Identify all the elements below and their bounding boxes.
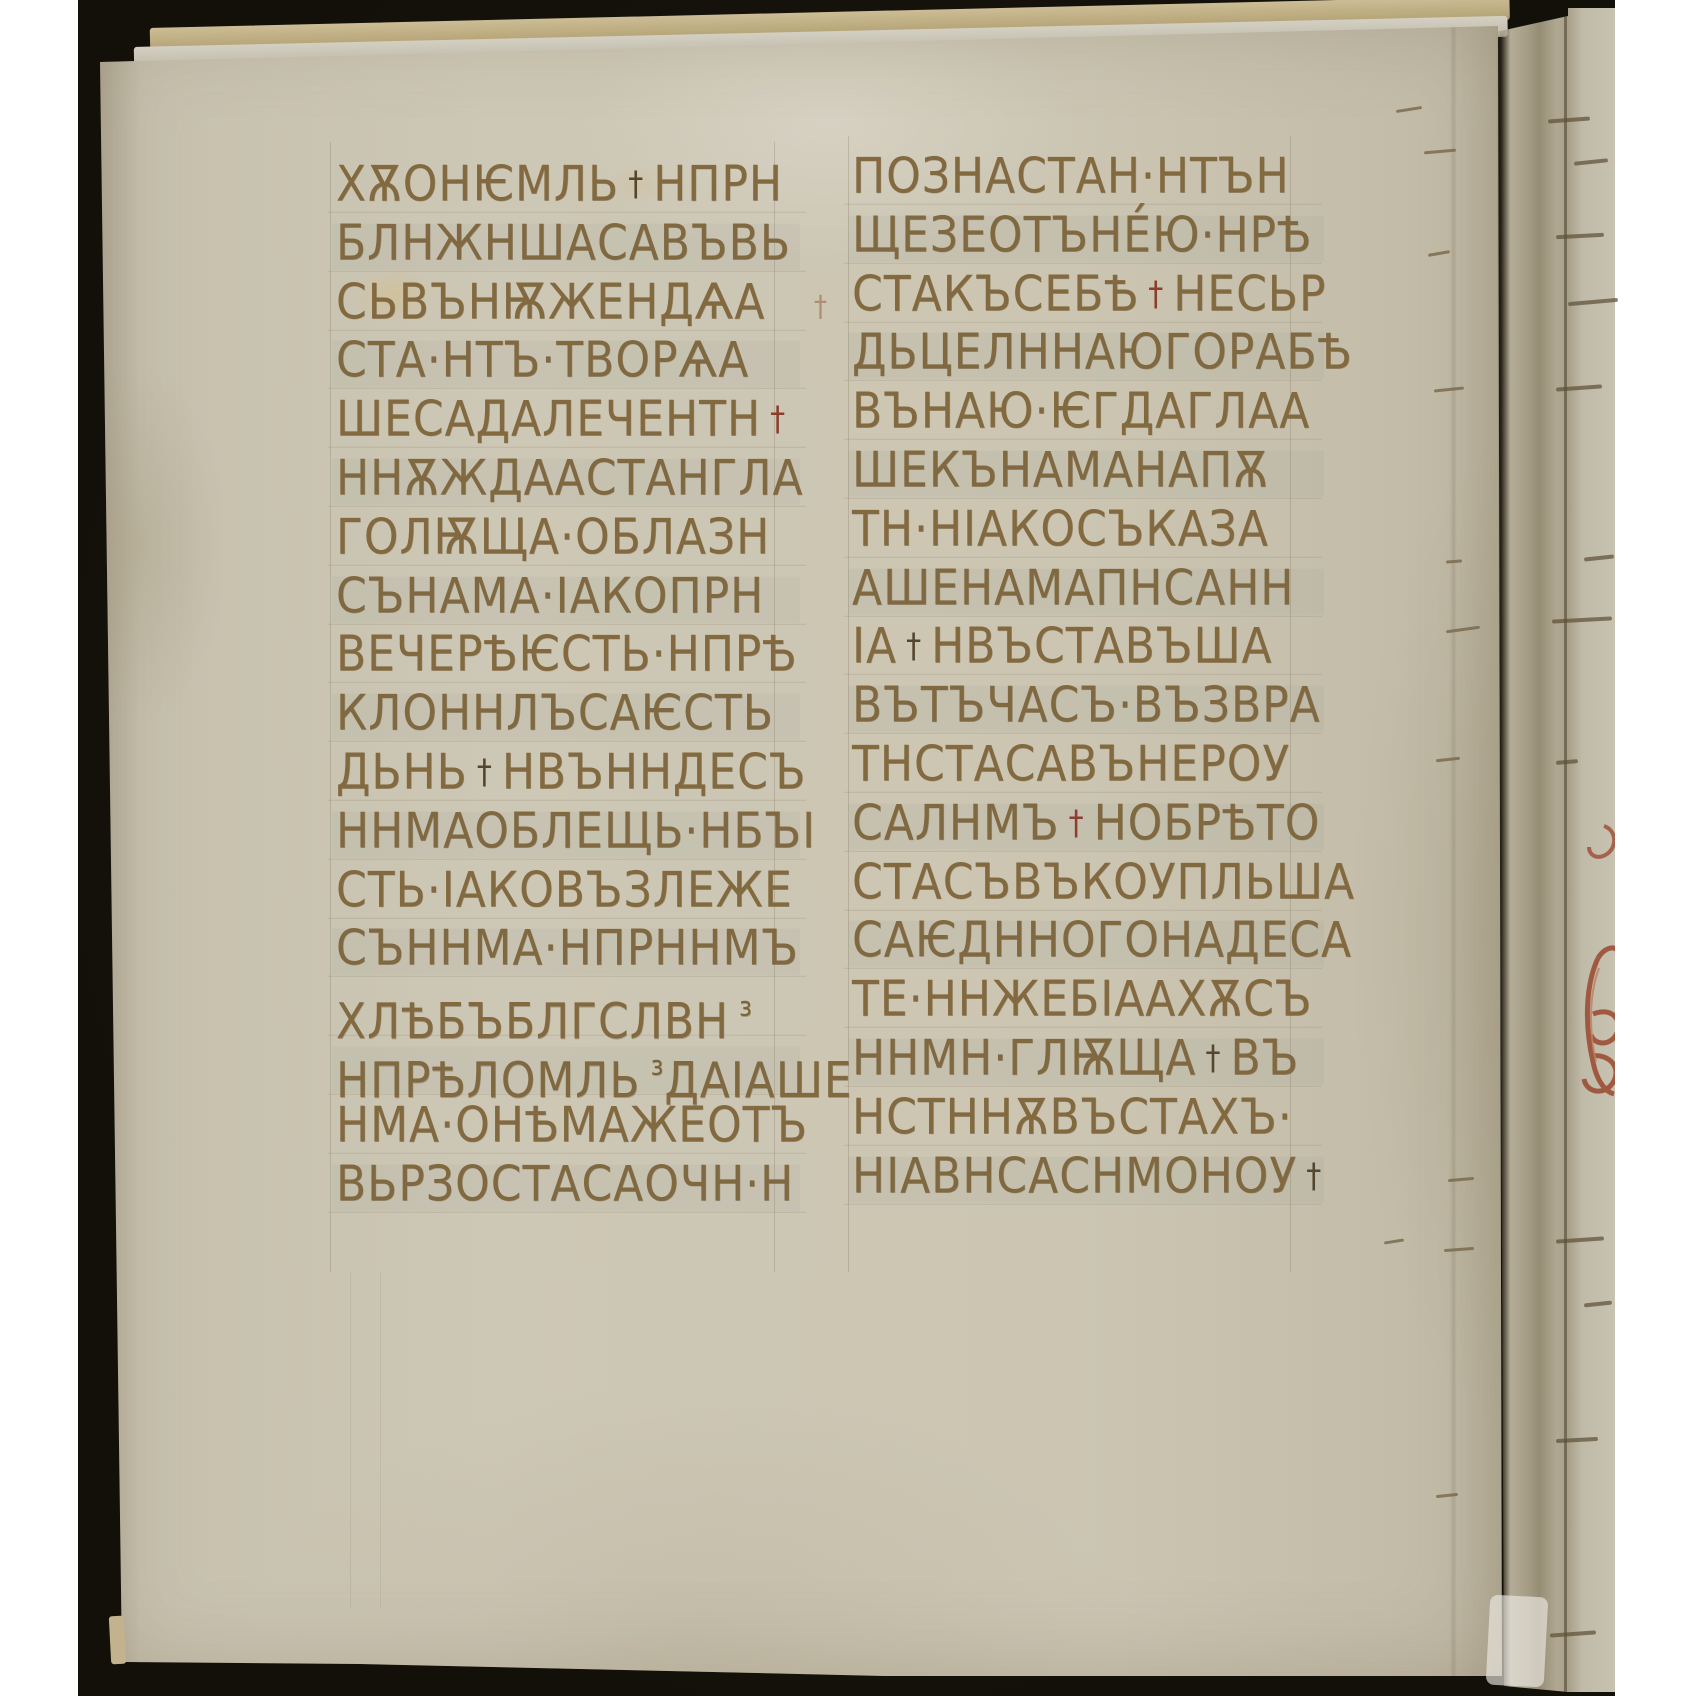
text-segment: НВЪННДЕСЪ bbox=[502, 744, 807, 801]
ornament-fragment-small bbox=[1589, 826, 1614, 857]
text-segment: ВЪНАЮ·ѤГДАГЛАА bbox=[852, 383, 1310, 440]
text-line: НМА·ОНѢМАЖЕОТЪ bbox=[336, 1099, 788, 1165]
scan-margin-right bbox=[1615, 0, 1696, 1696]
text-segment: ШЕСАДАЛЕЧЕНТН bbox=[336, 391, 761, 448]
text-segment: СТАКЪСЕБѢ bbox=[852, 265, 1139, 322]
text-line: ХЛѢБЪБЛГСЛВНз bbox=[336, 981, 788, 1047]
text-segment: СЪНАМА·ІАКОПРН bbox=[336, 567, 764, 624]
text-segment: ГОЛѬЩА·ОБЛАЗН bbox=[336, 509, 770, 566]
text-column-right: ПОЗНАСТАН·НТЪНЩЕЗЕОТЪНЕ́Ю·НРѢ†СТАКЪСЕБѢ†… bbox=[852, 150, 1312, 1208]
text-segment: ДЬНЬ bbox=[336, 744, 468, 801]
text-segment: ІА bbox=[852, 618, 897, 675]
text-segment: СТАСЪВЪКОУПЛЬША bbox=[852, 853, 1355, 910]
text-segment: СТА·НТЪ·ТВОРѦА bbox=[336, 332, 749, 389]
cross-glyph: † bbox=[814, 281, 828, 334]
column-guide bbox=[380, 1272, 381, 1608]
scan-margin-left bbox=[0, 0, 78, 1696]
text-segment: СЪННМА·НПРННМЪ bbox=[336, 920, 799, 977]
text-segment: ЩЕЗЕОТЪНЕ́Ю·НРѢ bbox=[852, 207, 1312, 264]
column-guide bbox=[330, 142, 331, 1272]
text-segment: ВЪТЪЧАСЪ·ВЪЗВРА bbox=[852, 677, 1321, 734]
text-line: ННМАОБЛЕЩЬ·НБЪІ bbox=[336, 805, 788, 871]
text-segment: ТНСТАСАВЪНЕРОУ bbox=[852, 736, 1290, 793]
text-segment: САЛНМЪ bbox=[852, 795, 1060, 852]
page-corner-tab bbox=[109, 1616, 126, 1665]
text-segment: КЛОННЛЪСАѤСТЬ bbox=[336, 685, 774, 742]
text-line: ГОЛѬЩА·ОБЛАЗН bbox=[336, 511, 788, 577]
text-segment: ВЪ bbox=[1231, 1030, 1300, 1087]
text-segment: НІАВНСАСНМОНОУ bbox=[852, 1147, 1297, 1204]
text-segment: СТЬ·ІАКОВЪЗЛЕЖЕ bbox=[336, 861, 793, 918]
text-segment: ШЕКЪНАМАНАПѪ bbox=[852, 442, 1269, 499]
repair-patch bbox=[1486, 1595, 1549, 1688]
text-line: НІАВНСАСНМОНОУ† bbox=[852, 1150, 1312, 1216]
superscript-letter: з bbox=[729, 991, 753, 1022]
text-segment: НЕСЬР bbox=[1173, 265, 1326, 322]
ornament-initial-large bbox=[1584, 948, 1615, 1094]
text-segment: НОБРѢТО bbox=[1094, 795, 1321, 852]
text-line: ТН·НІАКОСЪКАЗА bbox=[852, 503, 1312, 569]
text-segment: ПОЗНАСТАН·НТЪН bbox=[852, 148, 1290, 205]
cross-glyph: † bbox=[1297, 1156, 1331, 1195]
text-segment: ВЕЧЕРѢѤСТЬ·НПРѢ bbox=[336, 626, 797, 683]
text-segment: ННѪЖДААСТАНГЛА bbox=[336, 450, 804, 507]
column-guide bbox=[350, 1272, 351, 1608]
text-line: ВЬРЗОСТАСАОЧН·Н bbox=[336, 1158, 788, 1224]
cross-glyph: † bbox=[761, 400, 795, 439]
cross-glyph: † bbox=[1060, 803, 1094, 842]
text-segment: АШЕНАМАПНСАНН bbox=[852, 559, 1294, 616]
text-segment: НСТННѪВЪСТАХЪ· bbox=[852, 1089, 1293, 1146]
superscript-letter: з bbox=[641, 1050, 665, 1081]
text-segment: НВЪСТАВЪША bbox=[931, 618, 1273, 675]
text-segment: ДЬЦЕЛННАЮГОРАБѢ bbox=[852, 324, 1353, 381]
text-segment: ВЬРЗОСТАСАОЧН·Н bbox=[336, 1155, 794, 1212]
text-segment: ННМН·ГЛѬЩА bbox=[852, 1030, 1197, 1087]
text-segment: НПРН bbox=[653, 156, 783, 213]
text-segment: ТЕ·ННЖЕБІААХѪСЪ bbox=[852, 971, 1313, 1028]
cross-glyph: † bbox=[1139, 274, 1173, 313]
text-segment: ННМАОБЛЕЩЬ·НБЪІ bbox=[336, 803, 816, 860]
text-segment: СЬВЪНѬЖЕНДѦА bbox=[336, 273, 765, 330]
text-segment: НМА·ОНѢМАЖЕОТЪ bbox=[336, 1097, 808, 1154]
cross-glyph: † bbox=[1197, 1039, 1231, 1078]
text-segment: БЛНЖНШАСАВЪВЬ bbox=[336, 215, 791, 272]
text-line: САЛНМЪ†НОБРѢТО bbox=[852, 797, 1312, 863]
text-column-left: ХѪОНѤМЛЬ†НПРНБЛНЖНШАСАВЪВЬСЬВЪНѬЖЕНДѦАСТ… bbox=[336, 158, 788, 1216]
manuscript-page: ХѪОНѤМЛЬ†НПРНБЛНЖНШАСАВЪВЬСЬВЪНѬЖЕНДѦАСТ… bbox=[98, 24, 1502, 1676]
text-line: СЪННМА·НПРННМЪ bbox=[336, 922, 788, 988]
text-segment: ХѪОНѤМЛЬ bbox=[336, 156, 619, 213]
text-segment: САѤДННОГОНАДЕСА bbox=[852, 912, 1352, 969]
text-line: НСТННѪВЪСТАХЪ· bbox=[852, 1091, 1312, 1157]
cross-glyph: † bbox=[619, 165, 653, 204]
manuscript-photo: ХѪОНѤМЛЬ†НПРНБЛНЖНШАСАВЪВЬСЬВЪНѬЖЕНДѦАСТ… bbox=[0, 0, 1696, 1696]
fold-crease bbox=[1450, 24, 1457, 1676]
text-segment: ТН·НІАКОСЪКАЗА bbox=[852, 501, 1269, 558]
cross-glyph: † bbox=[897, 627, 931, 666]
cross-glyph: † bbox=[468, 753, 502, 792]
